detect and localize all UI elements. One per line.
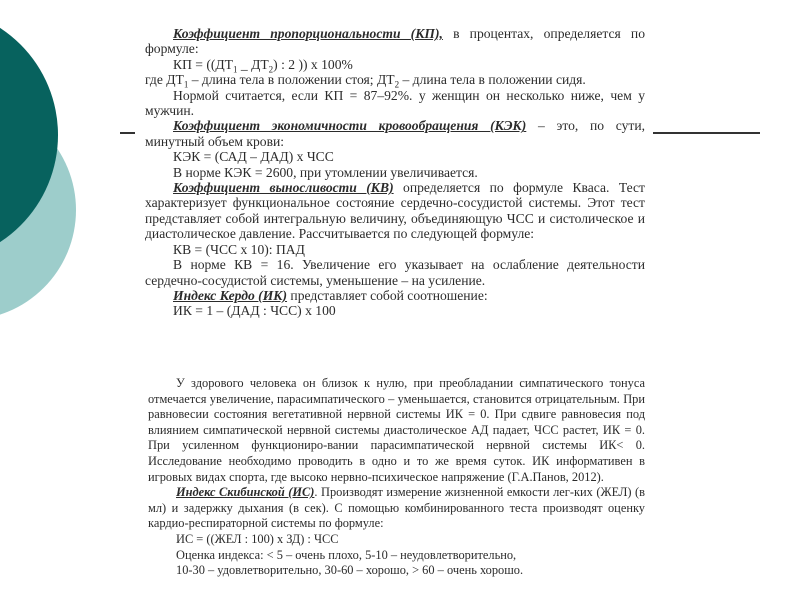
- ik-intro: Индекс Кердо (ИК) представляет собой соо…: [145, 288, 645, 303]
- kv-heading: Коэффициент выносливости (КВ): [173, 180, 394, 195]
- document-body-upper: Коэффициент пропорциональности (КП), в п…: [145, 26, 645, 319]
- kp-intro: Коэффициент пропорциональности (КП), в п…: [145, 26, 645, 57]
- ik-formula: ИК = 1 – (ДАД : ЧСС) х 100: [145, 303, 645, 318]
- ik-heading: Индекс Кердо (ИК): [173, 288, 287, 303]
- kv-formula: КВ = (ЧСС х 10): ПАД: [145, 242, 645, 257]
- divider-line-left: [120, 132, 135, 134]
- is-grading-2: 10-30 – удовлетворительно, 30-60 – хорош…: [148, 563, 645, 579]
- is-grading-1: Оценка индекса: < 5 – очень плохо, 5-10 …: [148, 548, 645, 564]
- is-heading: Индекс Скибинской (ИС): [176, 485, 314, 499]
- kek-norm: В норме КЭК = 2600, при утомлении увелич…: [145, 165, 645, 180]
- kv-intro: Коэффициент выносливости (КВ) определяет…: [145, 180, 645, 242]
- kp-heading: Коэффициент пропорциональности (КП),: [173, 26, 443, 41]
- kek-intro: Коэффициент экономичности кровообращения…: [145, 118, 645, 149]
- kp-norm: Нормой считается, если КП = 87–92%. у же…: [145, 88, 645, 119]
- kek-heading: Коэффициент экономичности кровообращения…: [173, 118, 526, 133]
- is-intro: Индекс Скибинской (ИС). Производят измер…: [148, 485, 645, 532]
- document-body-lower: У здорового человека он близок к нулю, п…: [148, 376, 645, 579]
- kp-where: где ДТ1 – длина тела в положении стоя; Д…: [145, 72, 645, 87]
- is-formula: ИС = ((ЖЕЛ : 100) х ЗД) : ЧСС: [148, 532, 645, 548]
- kp-formula: КП = ((ДТ1 _ ДТ2) : 2 )) х 100%: [145, 57, 645, 72]
- kek-formula: КЭК = (САД – ДАД) х ЧСС: [145, 149, 645, 164]
- kv-norm: В норме КВ = 16. Увеличение его указывае…: [145, 257, 645, 288]
- ik-explanation: У здорового человека он близок к нулю, п…: [148, 376, 645, 485]
- divider-line-right: [653, 132, 760, 134]
